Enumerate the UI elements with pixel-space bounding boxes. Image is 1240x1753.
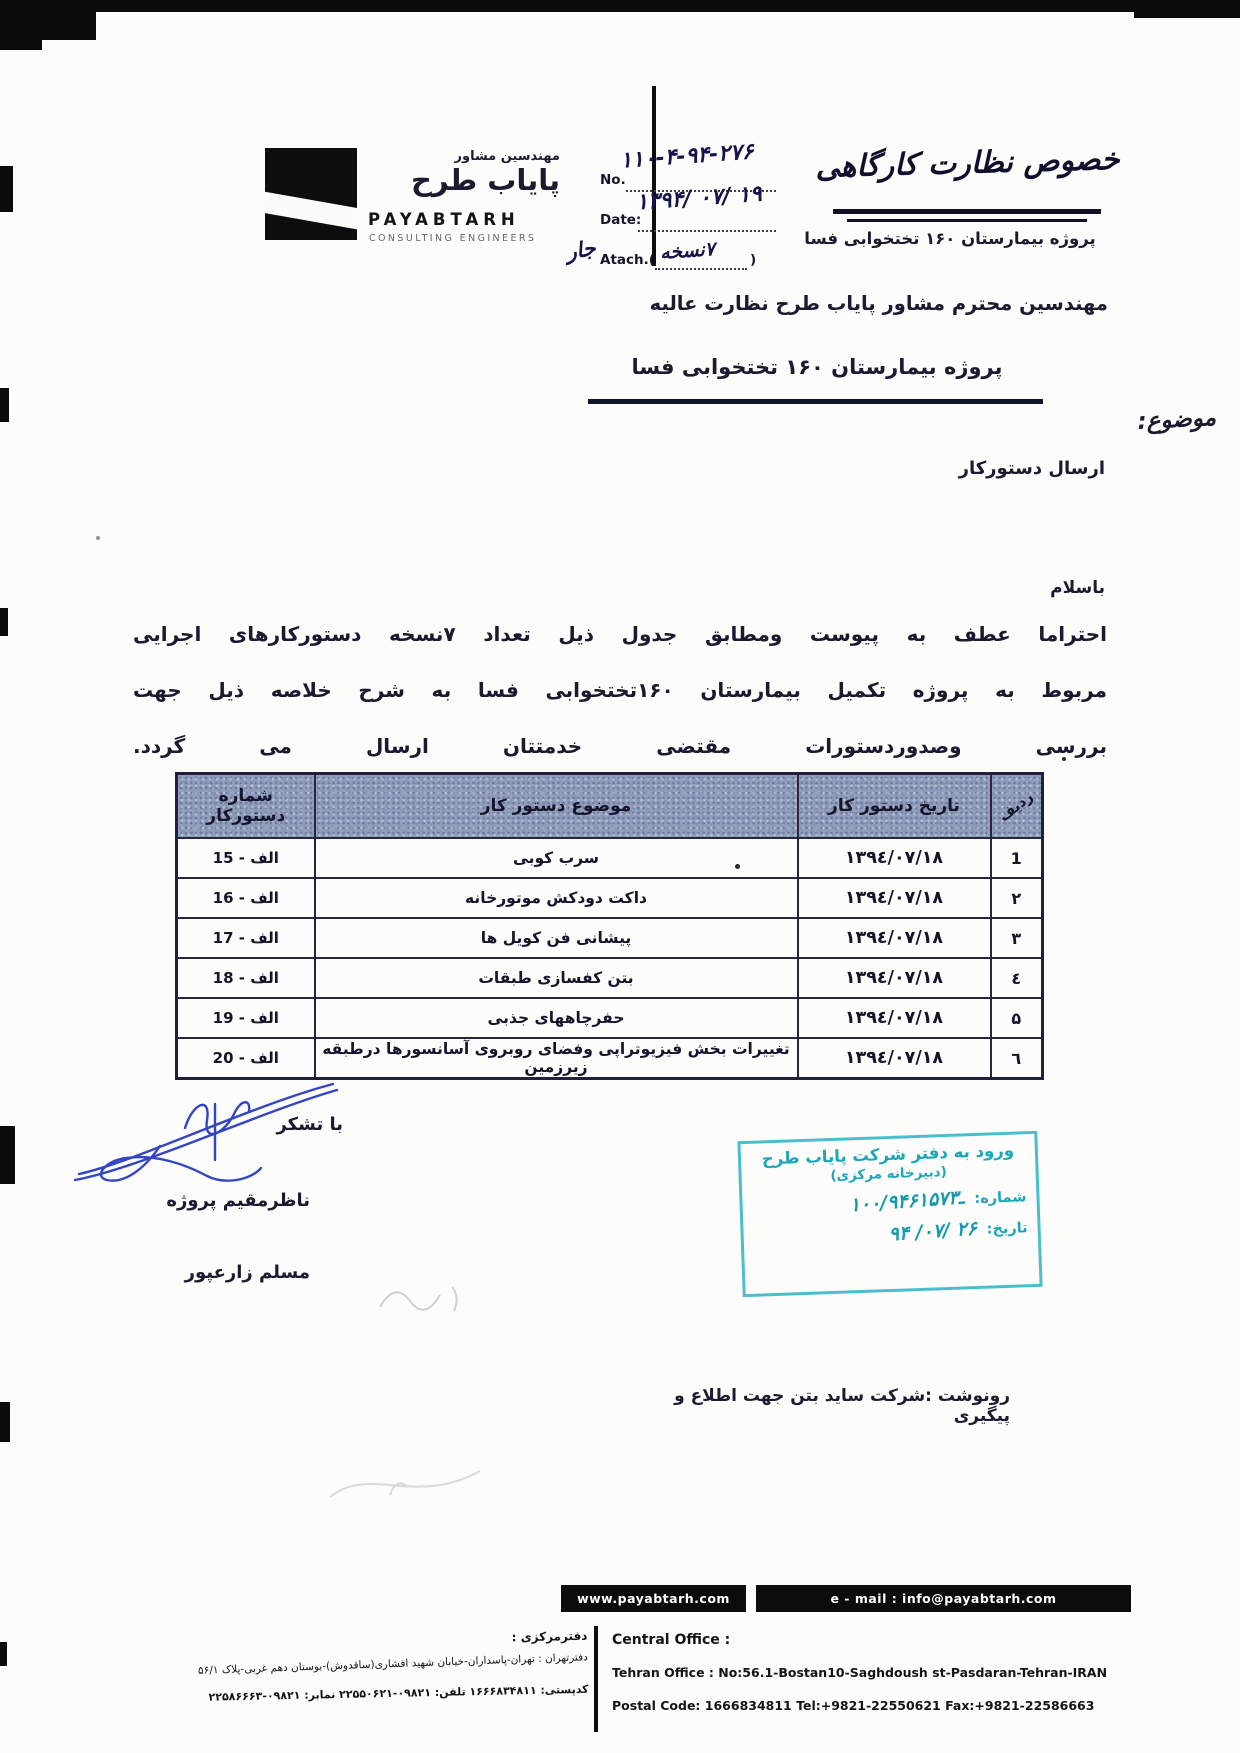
- header-date: تاریخ دستور کار: [798, 774, 991, 839]
- footer-fa-contact: کدپستی: ۱۶۶۶۸۳۴۸۱۱ تلفن: ۰۹۸۲۱-۲۲۵۵۰۶۲۱ …: [88, 1683, 588, 1706]
- table-row: 1۱۳۹٤/۰۷/۱۸سرب کوبیالف - 15: [177, 838, 1043, 878]
- cell-subject: پیشانی فن کویل ها: [315, 918, 798, 958]
- subject-label: موضوع:: [1095, 405, 1216, 437]
- scanned-letter-page: مهندسین مشاور پایاب طرح PAYABTARH CONSUL…: [0, 0, 1240, 1753]
- table-row: ۵۱۳۹٤/۰۷/۱۸حفرچاههای جذبیالف - 19: [177, 998, 1043, 1038]
- cell-number: الف - 19: [177, 998, 315, 1038]
- footer-en-tehran: Tehran Office : No:56.1-Bostan10-Saghdou…: [612, 1665, 1212, 1680]
- company-name-fa: پایاب طرح: [360, 163, 560, 197]
- project-title: پروژه بیمارستان ۱۶۰ تختخوابی فسا: [592, 355, 1042, 379]
- subject-value: ارسال دستورکار: [860, 458, 1105, 479]
- company-name-fa-small: مهندسین مشاور: [360, 149, 560, 164]
- scan-artifact: [0, 0, 96, 40]
- scan-artifact: [0, 40, 42, 50]
- table-row: ۲۱۳۹٤/۰۷/۱۸داکت دودکش موتورخانهالف - 16: [177, 878, 1043, 918]
- scan-artifact: [0, 1126, 15, 1184]
- ref-atach-label: Atach.(: [600, 252, 655, 268]
- scan-artifact: [0, 388, 9, 422]
- ref-no-label: No.: [600, 172, 626, 188]
- cell-subject: تغییرات بخش فیزیوتراپی وفضای روبروی آسان…: [315, 1038, 798, 1079]
- header-radif: ردیف: [991, 774, 1043, 839]
- cell-radif: ۵: [991, 998, 1043, 1038]
- ref-atach-value: ۷نسخه: [659, 238, 715, 264]
- project-title-underline: [588, 399, 1043, 404]
- email-bar: e - mail : info@payabtarh.com: [756, 1585, 1131, 1612]
- company-subtitle-en: CONSULTING ENGINEERS: [369, 233, 579, 244]
- payabtarh-logo: [265, 148, 357, 240]
- stamp-date-label: تاریخ:: [986, 1220, 1027, 1237]
- workorder-table: ردیف تاریخ دستور کار موضوع دستور کار شما…: [175, 772, 1044, 1080]
- scan-artifact: [0, 0, 1240, 12]
- body-paragraph: احتراما عطف به پیوست ومطابق جدول ذیل تعد…: [133, 606, 1107, 774]
- cell-number: الف - 18: [177, 958, 315, 998]
- header-subject: موضوع دستور کار: [315, 774, 798, 839]
- cell-date: ۱۳۹٤/۰۷/۱۸: [798, 958, 991, 998]
- footer-en-contact: Postal Code: 1666834811 Tel:+9821-225506…: [612, 1698, 1212, 1713]
- stamp-number-value: ۱۰۰/۹۴ـ۶۱۵۷۳: [849, 1186, 965, 1216]
- table-row: ۳۱۳۹٤/۰۷/۱۸پیشانی فن کویل هاالف - 17: [177, 918, 1043, 958]
- cell-radif: 1: [991, 838, 1043, 878]
- cc-line: رونوشت :شرکت ساید بتن جهت اطلاع و پیگیری: [630, 1386, 1010, 1426]
- cell-radif: ۲: [991, 878, 1043, 918]
- heading-underline: [847, 219, 1087, 222]
- footer-en-central: Central Office :: [612, 1632, 1212, 1648]
- cell-date: ۱۳۹٤/۰۷/۱۸: [798, 918, 991, 958]
- body-line: مربوط به پروژه تکمیل بیمارستان ۱۶۰تختخوا…: [133, 662, 1107, 718]
- footer-english: Central Office : Tehran Office : No:56.1…: [612, 1632, 1212, 1713]
- footer-persian: دفترمرکزی : دفترتهران : تهران-پاسداران-خ…: [87, 1629, 588, 1706]
- footer-divider: [594, 1626, 598, 1732]
- header-number: شماره دستورکار: [177, 774, 315, 839]
- recipient-line: مهندسین محترم مشاور پایاب طرح نظارت عالی…: [580, 292, 1108, 315]
- scan-artifact: [1134, 0, 1240, 18]
- body-line: احتراما عطف به پیوست ومطابق جدول ذیل تعد…: [133, 606, 1107, 662]
- company-name-en: PAYABTARH: [368, 210, 568, 229]
- table-row: ٤۱۳۹٤/۰۷/۱۸بتن کفسازی طبقاتالف - 18: [177, 958, 1043, 998]
- logo-stripe: [265, 187, 357, 237]
- website-bar: www.payabtarh.com: [561, 1585, 746, 1612]
- ref-no-value: ۱۱۰-۴-۹۴-۲۷۶: [619, 139, 754, 173]
- signature-name: مسلم زارعپور: [178, 1262, 310, 1283]
- cell-subject: بتن کفسازی طبقات: [315, 958, 798, 998]
- body-line: بررسی وصدوردستورات مقتضی خدمتتان ارسال م…: [133, 718, 1107, 774]
- cell-radif: ٦: [991, 1038, 1043, 1079]
- footer-fa-tehran: دفترتهران : تهران-پاسداران-خیابان شهید ا…: [88, 1651, 588, 1680]
- scan-speck: [96, 536, 100, 540]
- cell-date: ۱۳۹٤/۰۷/۱۸: [798, 998, 991, 1038]
- scan-artifact: [0, 1402, 10, 1442]
- cell-number: الف - 17: [177, 918, 315, 958]
- cell-subject: حفرچاههای جذبی: [315, 998, 798, 1038]
- letterhead-project-line: پروژه بیمارستان ۱۶۰ تختخوابی فسا: [785, 229, 1115, 248]
- scan-artifact: [0, 1642, 7, 1666]
- workorder-table-body: 1۱۳۹٤/۰۷/۱۸سرب کوبیالف - 15۲۱۳۹٤/۰۷/۱۸دا…: [177, 838, 1043, 1079]
- ref-atach-scribble: جار: [564, 236, 597, 265]
- footer-fa-central: دفترمرکزی :: [87, 1629, 587, 1653]
- cell-date: ۱۳۹٤/۰۷/۱۸: [798, 1038, 991, 1079]
- cell-number: الف - 15: [177, 838, 315, 878]
- ref-atach-close: ): [750, 252, 756, 268]
- handwritten-subject-heading: خصوص نظارت کارگاهی: [815, 142, 1121, 185]
- ref-date-label: Date:: [600, 212, 641, 228]
- salutation: باسلام: [1000, 578, 1105, 598]
- signature-thanks: با تشکر: [243, 1114, 343, 1135]
- secretariat-stamp: ورود به دفتر شرکت پایاب طرح (دبیرخانه مر…: [737, 1131, 1042, 1297]
- stamp-date-value: ۹۴ /۰۷/ ۲۶: [888, 1217, 978, 1245]
- pencil-mark: [320, 1455, 490, 1510]
- signature-role: ناظرمقیم پروژه: [155, 1190, 310, 1211]
- cell-number: الف - 16: [177, 878, 315, 918]
- cell-date: ۱۳۹٤/۰۷/۱۸: [798, 838, 991, 878]
- scan-artifact: [0, 608, 8, 636]
- table-header-row: ردیف تاریخ دستور کار موضوع دستور کار شما…: [177, 774, 1043, 839]
- pencil-mark: [370, 1275, 480, 1320]
- cell-subject: سرب کوبی: [315, 838, 798, 878]
- heading-underline: [833, 209, 1101, 214]
- cell-date: ۱۳۹٤/۰۷/۱۸: [798, 878, 991, 918]
- stamp-number-label: شماره:: [974, 1189, 1027, 1207]
- cell-subject: داکت دودکش موتورخانه: [315, 878, 798, 918]
- cell-radif: ٤: [991, 958, 1043, 998]
- cell-radif: ۳: [991, 918, 1043, 958]
- scan-artifact: [0, 166, 13, 212]
- ref-date-leader: [638, 212, 776, 232]
